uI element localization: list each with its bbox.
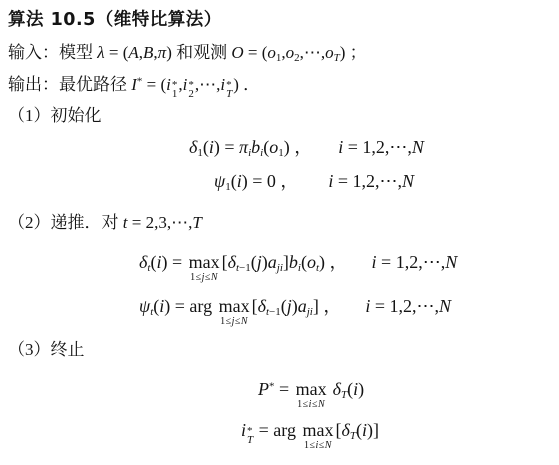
math-var: T xyxy=(226,88,232,100)
math-var: b xyxy=(251,137,260,157)
math-text: 1 xyxy=(172,88,178,100)
math-var: B xyxy=(143,43,153,62)
math-text: = 1,2,⋯, xyxy=(343,137,412,157)
output-line: 输出：最优路径 I* = (i*1,i*2,⋯,i*T) ． xyxy=(8,74,260,100)
math-var: π xyxy=(158,43,167,62)
math-text: max xyxy=(302,420,333,440)
math-text: max xyxy=(296,379,327,399)
math-var: δ xyxy=(341,420,349,440)
math-var: π xyxy=(239,137,248,157)
math-var: λ xyxy=(97,43,104,62)
math-var: o xyxy=(269,137,278,157)
formula-delta-rec: δt(i) = max1≤j≤N[δt−1(j)aji]bi(ot) ，i = … xyxy=(139,251,457,283)
math-var: i xyxy=(241,420,246,440)
math-text: 1≤ xyxy=(297,399,309,410)
math-var: i xyxy=(220,75,225,94)
math-text: ) = arg xyxy=(164,296,216,316)
math-text: ) ， xyxy=(319,252,348,272)
math-text: ,⋯, xyxy=(195,75,221,94)
math-text: （2）递推．对 xyxy=(8,213,123,232)
math-underop: max1≤j≤N xyxy=(189,253,220,283)
math-sub-part: 1 xyxy=(172,89,178,100)
math-var: a xyxy=(298,296,307,316)
math-bound: 1≤i≤N xyxy=(297,400,325,410)
math-text: ) 和观测 xyxy=(166,43,231,62)
math-supsub: *1 xyxy=(172,80,178,100)
math-var: i xyxy=(183,75,188,94)
math-text: ) ， xyxy=(284,137,313,157)
math-text: 2 xyxy=(188,88,194,100)
math-text: max xyxy=(189,252,220,272)
math-sub: t−1 xyxy=(236,262,251,274)
math-text: −1 xyxy=(239,262,251,274)
math-var: N xyxy=(325,440,332,451)
math-supsub: *2 xyxy=(188,80,194,100)
math-var: N xyxy=(445,252,457,272)
math-var: N xyxy=(439,296,451,316)
math-text: = arg xyxy=(254,420,300,440)
math-text: −1 xyxy=(269,306,281,318)
math-var: o xyxy=(325,43,334,62)
math-var: N xyxy=(412,137,424,157)
math-text: ) = 0 ， xyxy=(242,171,299,191)
math-var: δ xyxy=(228,252,236,272)
input-line: 输入：模型 λ = (A,B,π) 和观测 O = (o1,o2,⋯,oT) ； xyxy=(8,42,367,63)
math-underop: max1≤i≤N xyxy=(296,380,327,410)
math-text: = 1,2,⋯, xyxy=(377,252,446,272)
math-text: ) ． xyxy=(233,75,260,94)
math-text: = 1,2,⋯, xyxy=(333,171,402,191)
math-text: ) = xyxy=(161,252,186,272)
math-var: N xyxy=(241,316,248,327)
math-var: N xyxy=(211,272,218,283)
math-text: ) = xyxy=(214,137,239,157)
math-text: max xyxy=(219,296,250,316)
math-var: T xyxy=(247,434,253,446)
math-bound: 1≤i≤N xyxy=(304,441,332,451)
math-var: o xyxy=(307,252,316,272)
math-var: b xyxy=(289,252,298,272)
math-text: ] ， xyxy=(313,296,342,316)
math-text: 输入：模型 xyxy=(8,43,97,62)
math-supsub: *T xyxy=(247,426,253,446)
math-var: P xyxy=(258,379,269,399)
step-1-heading: （1）初始化 xyxy=(8,105,102,126)
math-text: 1≤ xyxy=(220,316,232,327)
math-text: = 2,3,⋯, xyxy=(127,213,192,232)
math-sub-part: T xyxy=(247,435,253,446)
math-op: max xyxy=(296,380,327,398)
math-var: A xyxy=(128,43,138,62)
math-text: ) ； xyxy=(340,43,367,62)
math-var: δ xyxy=(333,379,341,399)
formula-delta-init: δ1(i) = πibi(o1) ，i = 1,2,⋯,N xyxy=(189,136,424,159)
math-text: 1≤ xyxy=(304,440,316,451)
math-var: ψ xyxy=(139,296,150,316)
math-underop: max1≤j≤N xyxy=(219,297,250,327)
math-var: o xyxy=(286,43,295,62)
math-op: max xyxy=(219,297,250,315)
math-var: N xyxy=(402,171,414,191)
math-sub: t−1 xyxy=(266,306,281,318)
math-var: O xyxy=(231,43,243,62)
math-var: δ xyxy=(258,296,266,316)
math-text: = ( xyxy=(105,43,129,62)
math-text: ,⋯, xyxy=(300,43,326,62)
document-page: 算法 10.5（维特比算法） 输入：模型 λ = (A,B,π) 和观测 O =… xyxy=(0,0,559,465)
algorithm-title: 算法 10.5（维特比算法） xyxy=(8,10,222,32)
math-text: 1≤ xyxy=(190,272,202,283)
formula-psi-rec: ψt(i) = arg max1≤j≤N[δt−1(j)aji] ，i = 1,… xyxy=(139,295,451,327)
formula-i-star: i*T = arg max1≤i≤N[δT(i)] xyxy=(241,419,379,451)
math-text: = ( xyxy=(142,75,166,94)
math-var: T xyxy=(192,213,201,232)
math-text: = 1,2,⋯, xyxy=(370,296,439,316)
math-text: 输出：最优路径 xyxy=(8,75,131,94)
math-op: max xyxy=(189,253,220,271)
math-text: )] xyxy=(367,420,379,440)
math-supsub: *T xyxy=(226,80,232,100)
math-text: = xyxy=(275,379,294,399)
math-var: a xyxy=(268,252,277,272)
math-op: max xyxy=(302,421,333,439)
math-sub-part: 2 xyxy=(188,89,194,100)
math-bound: 1≤j≤N xyxy=(190,273,218,283)
math-var: ψ xyxy=(214,171,225,191)
math-sub-part: T xyxy=(226,89,232,100)
step-3-heading: （3）终止 xyxy=(8,339,85,360)
formula-p-star: P* = max1≤i≤NδT(i) xyxy=(258,378,364,410)
formula-psi-init: ψ1(i) = 0 ，i = 1,2,⋯,N xyxy=(214,170,414,193)
math-var: o xyxy=(267,43,276,62)
math-underop: max1≤i≤N xyxy=(302,421,333,451)
step-2-heading: （2）递推．对 t = 2,3,⋯,T xyxy=(8,212,202,233)
math-var: i xyxy=(166,75,171,94)
math-var: N xyxy=(318,399,325,410)
math-bound: 1≤j≤N xyxy=(220,317,248,327)
math-text: = ( xyxy=(244,43,268,62)
math-text: ) xyxy=(358,379,364,399)
